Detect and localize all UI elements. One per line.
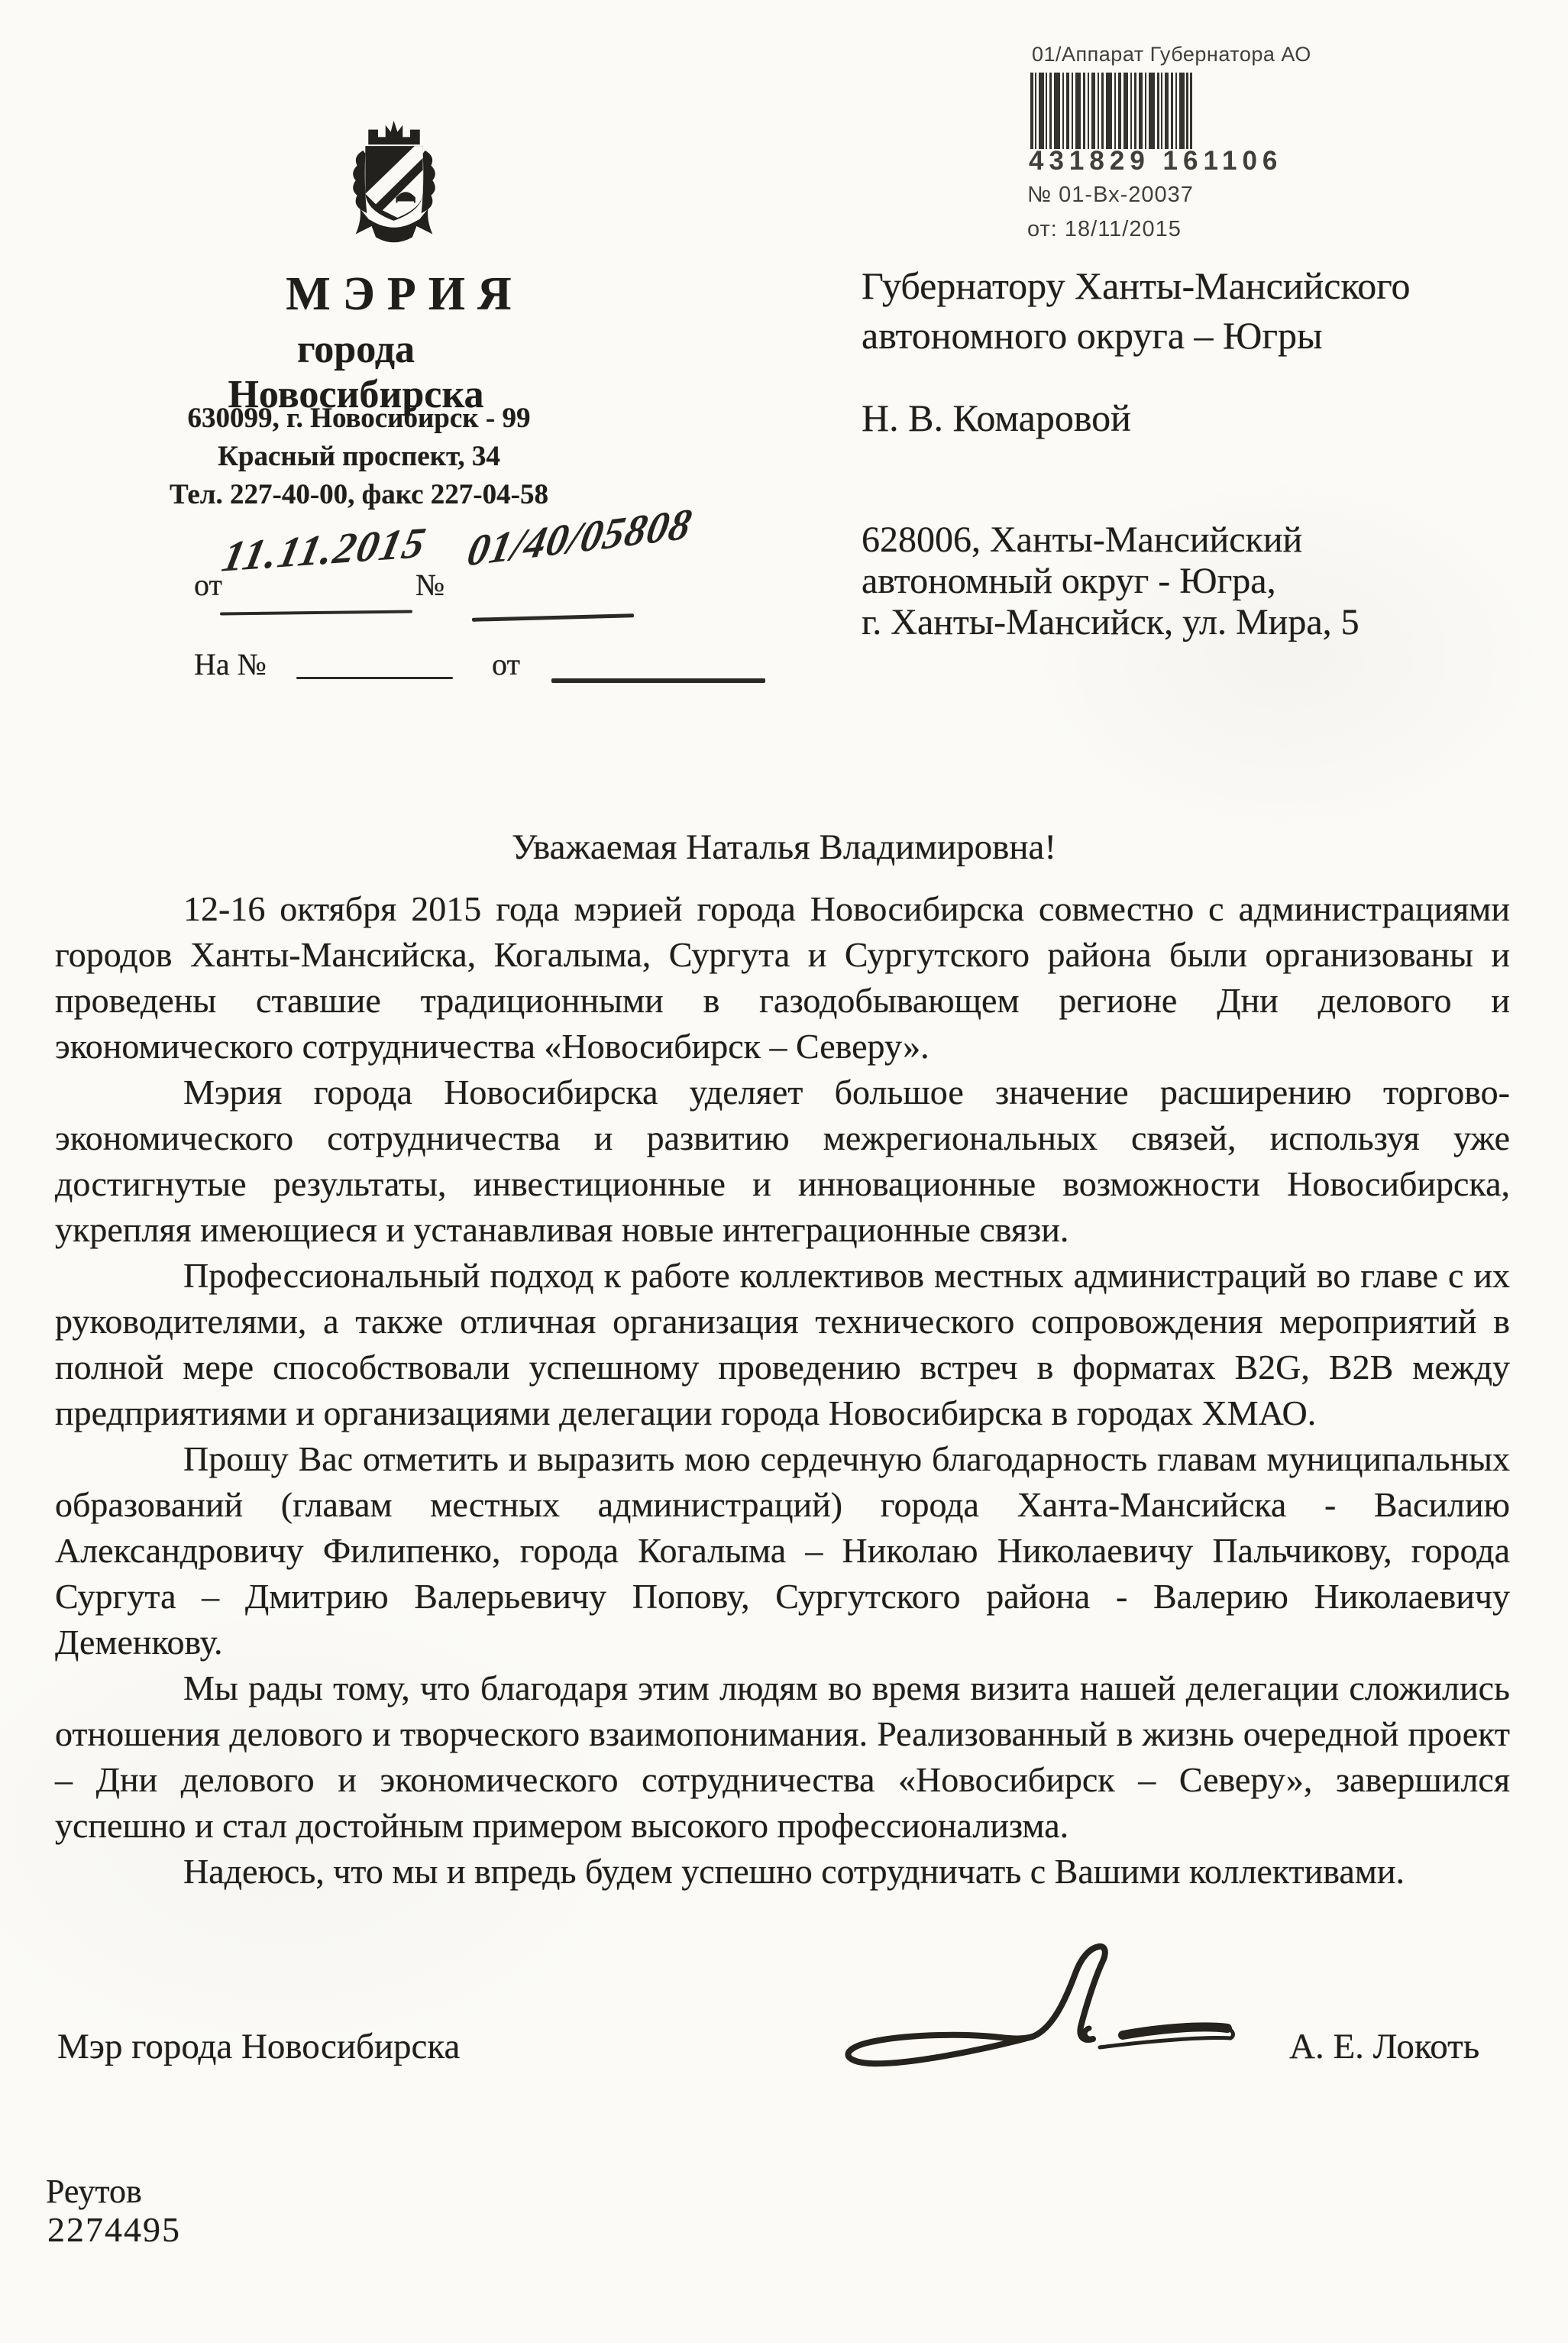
scanned-letter-page: 01/Аппарат Губернатора АО 431829 161106 … <box>0 0 1568 2343</box>
signer-name: А. Е. Локоть <box>1289 2026 1479 2067</box>
paragraph-2: Мэрия города Новосибирска уделяет большо… <box>55 1070 1510 1253</box>
signature-icon <box>832 1939 1245 2084</box>
paragraph-5: Мы рады тому, что благодаря этим людям в… <box>55 1665 1510 1849</box>
barcode-icon <box>1030 73 1192 149</box>
stamp-office-line: 01/Аппарат Губернатора АО <box>1032 43 1379 66</box>
registration-stamp: 01/Аппарат Губернатора АО 431829 161106 … <box>1027 43 1379 242</box>
stamp-entry-date: от: 18/11/2015 <box>1027 217 1379 242</box>
recipient-title-line2: автономного округа – Югры <box>862 311 1503 361</box>
paragraph-4: Прошу Вас отметить и выразить мою сердеч… <box>55 1436 1510 1665</box>
outgoing-from-label: от <box>194 567 222 603</box>
stamp-entry-number: № 01-Вх-20037 <box>1027 183 1379 208</box>
executor-phone: 2274495 <box>47 2209 181 2250</box>
recipient-address-line3: г. Ханты-Мансийск, ул. Мира, 5 <box>862 602 1503 643</box>
org-name-line1: МЭРИЯ <box>214 267 596 322</box>
salutation: Уважаемая Наталья Владимировна! <box>0 827 1568 868</box>
recipient-title-line1: Губернатору Ханты-Мансийского <box>862 261 1503 311</box>
handwritten-outgoing-date: 11.11.2015 <box>218 518 431 582</box>
reference-ot-label: от <box>492 646 520 682</box>
reference-date-blank <box>551 678 765 683</box>
outgoing-number-label: № <box>415 567 445 603</box>
recipient-address-line2: автономный округ - Югра, <box>862 561 1503 602</box>
reference-number-blank <box>296 677 453 679</box>
org-address-block: 630099, г. Новосибирск - 99 Красный прос… <box>168 400 550 514</box>
org-address-line1: 630099, г. Новосибирск - 99 <box>168 400 550 438</box>
reference-na-label: На № <box>194 646 267 682</box>
signer-position: Мэр города Новосибирска <box>57 2026 460 2067</box>
recipient-name: Н. В. Комаровой <box>862 396 1503 440</box>
org-address-line2: Красный проспект, 34 <box>168 438 550 476</box>
org-address-line3: Тел. 227-40-00, факс 227-04-58 <box>168 476 550 514</box>
paragraph-6: Надеюсь, что мы и впредь будем успешно с… <box>55 1849 1510 1895</box>
executor-name: Реутов <box>46 2172 142 2211</box>
paragraph-1: 12-16 октября 2015 года мэрией города Но… <box>55 886 1510 1070</box>
outgoing-number-underline <box>472 613 634 622</box>
recipient-address-line1: 628006, Ханты-Мансийский <box>862 519 1503 561</box>
paragraph-3: Профессиональный подход к работе коллект… <box>55 1253 1510 1436</box>
recipient-block: Губернатору Ханты-Мансийского автономног… <box>862 261 1503 643</box>
letter-body: 12-16 октября 2015 года мэрией города Но… <box>55 886 1510 1895</box>
outgoing-date-underline <box>220 610 412 615</box>
novosibirsk-coat-of-arms-icon <box>344 119 445 251</box>
barcode-number: 431829 161106 <box>1029 146 1379 176</box>
